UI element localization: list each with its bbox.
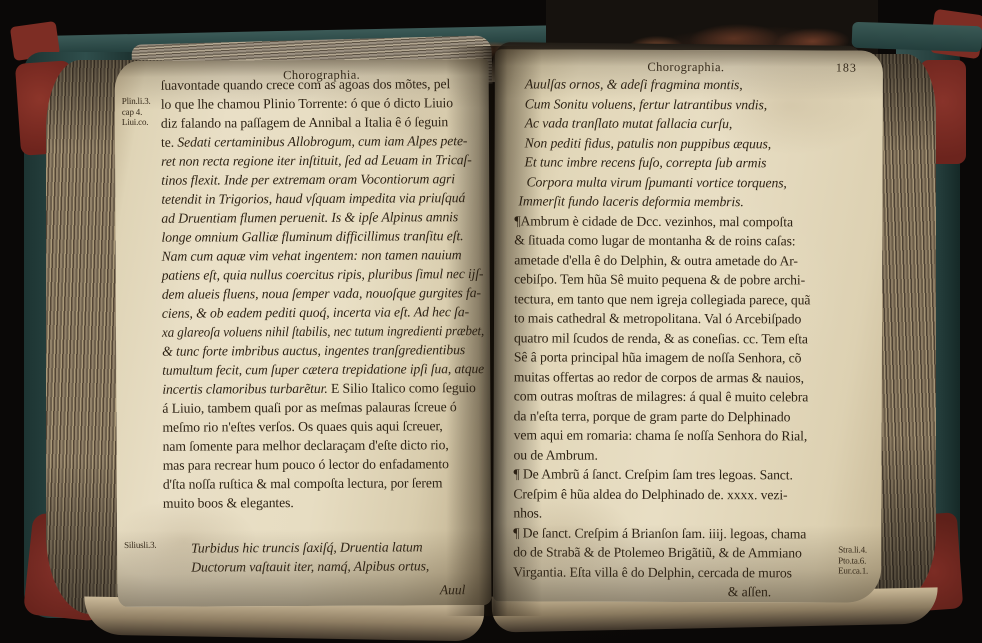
text-line: do de Strabã & de Ptolemeo Brigãtiũ, & d… [513,543,855,563]
text-line: tinos flexit. Inde per extremam oram Voc… [161,170,483,191]
text-line: tumultum fecit, cum ſuper cætera trepida… [162,360,481,381]
text-line: ¶Ambrum è cidade de Dcc. vezinhos, mal c… [514,212,856,232]
photo-of-open-book: Chorographia. ſuavontade quando crece co… [0,0,982,643]
text-line: d'ſta noſſa ruſtica & mal compoſta lectu… [163,474,485,495]
text-line: Auulſas ornos, & adeſi fragmina montis, [515,75,857,95]
text-line: & tunc forte imbribus auctus, ingentes t… [162,341,484,362]
right-running-head-text: Chorographia. [647,60,724,74]
text-line: Cum Sonitu voluens, fertur latrantibus v… [515,95,857,115]
left-catchword: Auul [440,582,466,598]
text-line: Nam cum aquæ vim vehat ingentem: non tam… [162,246,484,267]
text-line: Et tunc imbre recens fuſo, correpta ſub … [515,153,857,173]
text-line: Sê â porta principal hũa imagem de noſſa… [514,348,856,368]
text-line: patiens eſt, quia nullus coercitus ripis… [162,265,480,286]
text-line: Non pediti fidus, patulis non puppibus æ… [515,134,857,154]
text-line: & aſſen. [513,582,855,602]
text-line: da n'eſta terra, porque de gram parte do… [514,407,856,427]
text-line: á Liuio, tambem quaſi por as meſmas pala… [162,398,484,419]
margin-note-line: Stra.li.4. [838,545,878,556]
margin-note-line: Pto.ta.6. [838,555,878,566]
text-line: Immerſit fundo laceris deformia membris. [514,192,856,212]
text-line: ciens, & ob eadem pediti quoq́, incerta … [162,303,484,324]
text-line: ¶ De ſanct. Creſpim á Brianſon ſam. iiij… [513,524,855,544]
text-line: xa glareoſa voluens nihil ſtabilis, nec … [162,322,468,343]
text-line: to mais cathedral & metropolitana. Val ó… [514,309,856,329]
text-line: dem alueis fluens, noua ſemper vada, nou… [162,284,484,305]
text-line: & ſituada como lugar de montanha & de ro… [514,231,856,251]
left-page-text: ſuavontade quando crece com as agoas dos… [161,75,486,607]
text-line: cebiſpo. Tem hũa Sê muito pequena & de p… [514,270,856,290]
text-line: mas para recrear hum pouco ó lector do e… [163,455,485,476]
text-line: diz falando na paſſagem de Annibal a Ita… [161,113,483,134]
text-line: ret non recta regione iter inſtituit, ſe… [161,151,483,172]
text-line: ad Druentiam flumen peruenit. Is & ipſe … [161,208,483,229]
text-line: Creſpim ê hũa aldea do Delphinado de. xx… [513,485,855,505]
margin-note-line: Siliusli.3. [124,540,166,551]
margin-note-line: cap 4. [122,106,164,117]
text-line: ¶ De Ambrũ á ſanct. Creſpim ſam tres leg… [513,465,855,485]
text-line: Ductorum vaſtauit iter, namq́, Alpibus o… [163,557,485,578]
margin-note: Stra.li.4.Pto.ta.6.Eur.ca.1. [838,545,878,577]
margin-note: Siliusli.3. [124,540,166,551]
text-line: quatro mil ſcudos de renda, & as coneſia… [514,329,856,349]
text-line: Corpora multa virum ſpumanti vortice tor… [514,173,856,193]
text-line: lo que lhe chamou Plinio Torrente: ó que… [161,94,483,115]
text-line: vem aqui em romaria: chama ſe noſſa Senh… [514,426,856,446]
text-line: meſmo rio n'eſtes verſos. Os quaes quis … [162,417,484,438]
text-line: Ac vada tranſlato mutat fallacia curſu, [515,114,857,134]
right-running-head: Chorographia. 183 [515,59,857,75]
margin-note: Plin.li.3.cap 4.Liui.co. [122,96,164,128]
text-line: nam ſomente para melhor declaraçam d'eſt… [163,436,485,457]
text-line: te. Sedati certaminibus Allobrogum, cum … [161,132,483,153]
text-line: Virgantia. Eſta villa ê do Delphin, cerc… [513,563,855,583]
left-page: Chorographia. ſuavontade quando crece co… [115,59,492,607]
text-line: longe omnium Galliæ fluminum difficillim… [161,227,483,248]
right-page-text: Auulſas ornos, & adeſi fragmina montis,C… [513,75,857,602]
text-line: tetendit in Trigorios, haud vſquam imped… [161,189,483,210]
text-line: com outras moſtras de milagres: á qual ê… [514,387,856,407]
text-line: incertis clamoribus turbarẽtur. E Silio … [162,379,484,400]
text-line: muitas offertas ao redor de corpos de ar… [514,368,856,388]
text-line: nhos. [513,504,855,524]
margin-note-line: Liui.co. [122,117,164,128]
text-line: ſuavontade quando crece com as agoas dos… [161,75,483,96]
margin-note-line: Eur.ca.1. [838,566,878,577]
folio-number: 183 [836,61,857,76]
text-line: tectura, em tanto que nem igreja collegi… [514,290,856,310]
text-line: ametade d'ella ê do Delphin, & outra ame… [514,251,856,271]
right-page: Chorographia. 183 Auulſas ornos, & adeſi… [493,49,883,602]
margin-note-line: Plin.li.3. [122,96,164,107]
text-line: ou de Ambrum. [514,446,856,466]
text-line: Turbidus hic truncis ſaxiſq́, Druentia l… [163,538,485,559]
text-line: muito boos & elegantes. [163,493,485,514]
